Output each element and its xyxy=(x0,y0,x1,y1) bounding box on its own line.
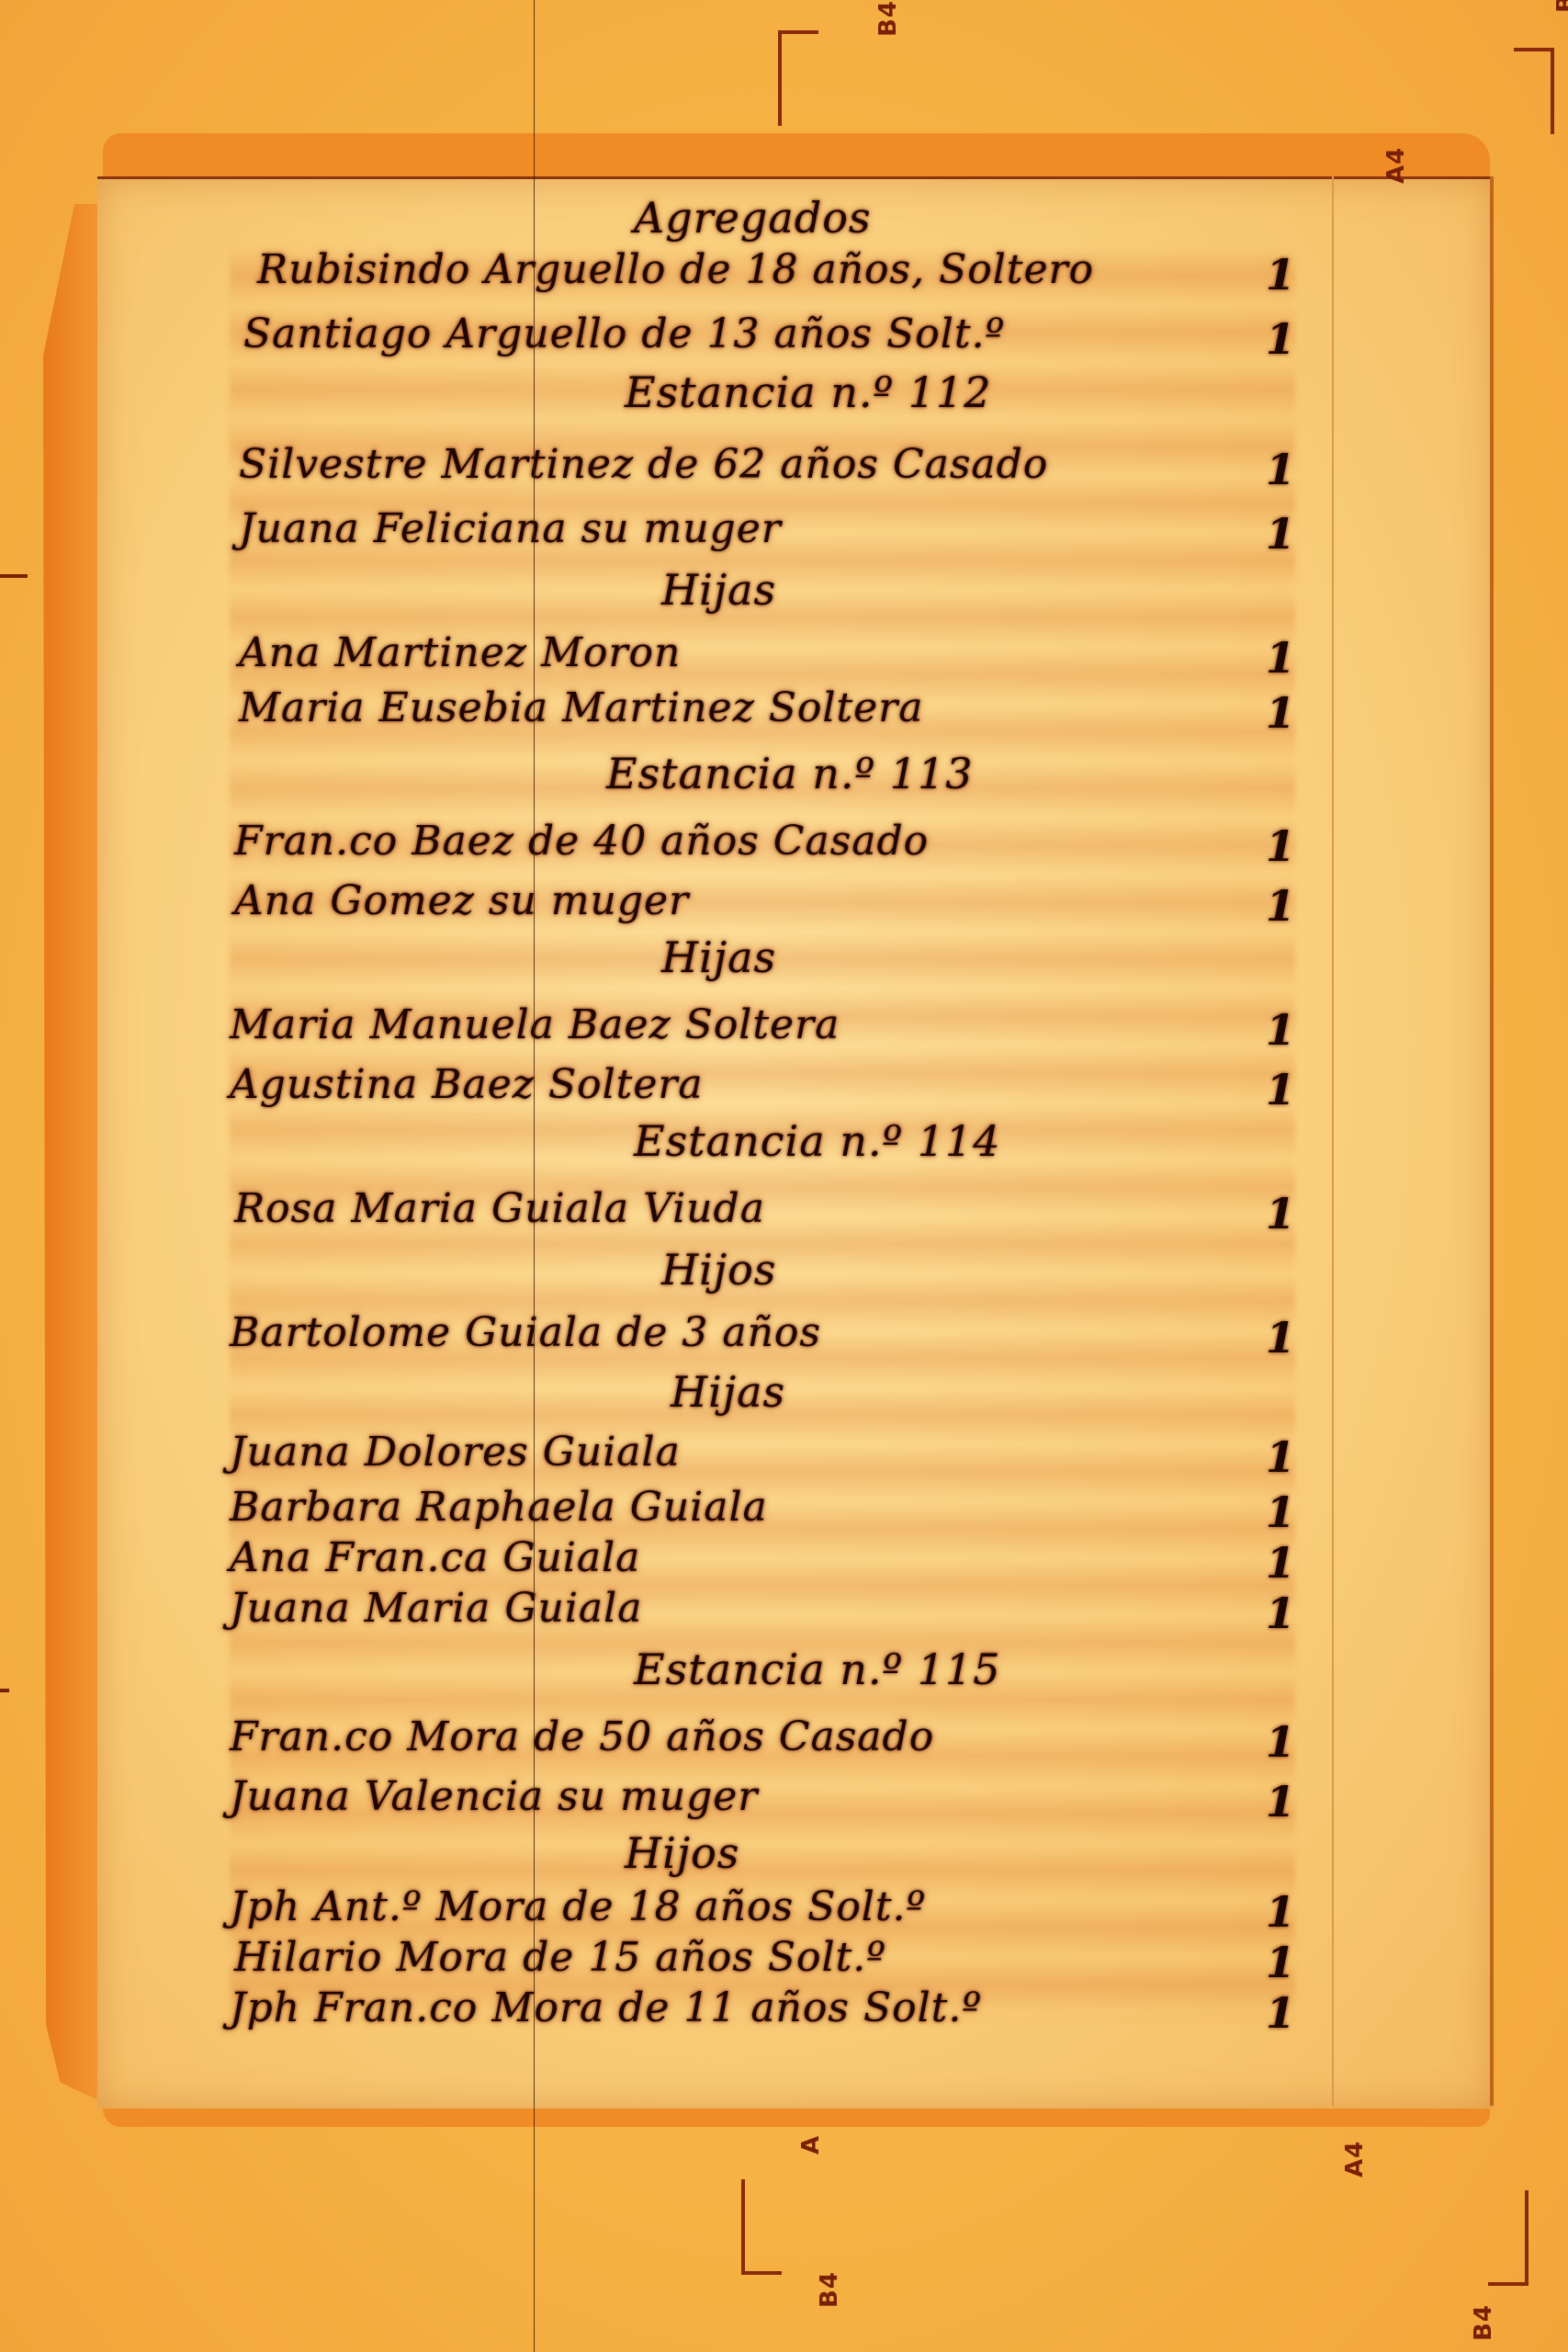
tally-mark: 1 xyxy=(1266,688,1295,738)
entry-text: Juana Dolores Guiala xyxy=(230,1429,681,1476)
heading-text: Hijos xyxy=(661,1245,776,1295)
crop-label-top-left: B4 xyxy=(874,0,902,37)
tally-mark: 1 xyxy=(1266,1005,1295,1055)
entry-text: Fran.co Mora de 50 años Casado xyxy=(230,1713,934,1760)
register-entry: Hilario Mora de 15 años Solt.º 1 xyxy=(230,1934,1295,1989)
register-entry: Juana Feliciana su muger 1 xyxy=(230,505,1295,560)
entry-text: Rubisindo Arguello de 18 años, Soltero xyxy=(257,246,1094,293)
tally-mark: 1 xyxy=(1266,1432,1295,1482)
tally-mark: 1 xyxy=(1266,1189,1295,1238)
heading-text: Estancia n.º 114 xyxy=(634,1116,1001,1166)
entry-text: Juana Valencia su muger xyxy=(230,1773,758,1820)
tally-mark: 1 xyxy=(1266,509,1295,559)
register-entry: Jph Fran.co Mora de 11 años Solt.º 1 xyxy=(230,1984,1295,2040)
entry-text: Jph Ant.º Mora de 18 años Solt.º xyxy=(230,1883,926,1930)
binding-strip xyxy=(43,204,100,2101)
register-entry: Silvestre Martinez de 62 años Casado 1 xyxy=(230,441,1295,496)
section-heading: Estancia n.º 113 xyxy=(230,749,1295,804)
tally-mark: 1 xyxy=(1266,1487,1295,1537)
entry-text: Rosa Maria Guiala Viuda xyxy=(234,1185,765,1232)
register-entry: Santiago Arguello de 13 años Solt.º 1 xyxy=(230,311,1295,366)
entry-text: Santiago Arguello de 13 años Solt.º xyxy=(243,311,1005,357)
section-heading: Hijos xyxy=(230,1828,1295,1883)
register-entry: Ana Gomez su muger 1 xyxy=(230,877,1295,933)
tally-mark: 1 xyxy=(1266,250,1295,300)
tally-mark: 1 xyxy=(1266,1777,1295,1826)
tally-mark: 1 xyxy=(1266,445,1295,494)
register-entry: Fran.co Baez de 40 años Casado 1 xyxy=(230,818,1295,873)
section-heading: Hijas xyxy=(230,565,1295,620)
entry-text: Juana Feliciana su muger xyxy=(239,505,782,552)
section-heading: Estancia n.º 115 xyxy=(230,1645,1295,1700)
register-entry: Jph Ant.º Mora de 18 años Solt.º 1 xyxy=(230,1883,1295,1939)
entry-text: Ana Gomez su muger xyxy=(234,877,689,924)
page-label-bottom-a: A xyxy=(797,2135,825,2154)
heading-text: Estancia n.º 115 xyxy=(634,1645,1001,1694)
register-entry: Barbara Raphaela Guiala 1 xyxy=(230,1484,1295,1539)
section-heading: Estancia n.º 114 xyxy=(230,1116,1295,1171)
tally-mark: 1 xyxy=(1266,1538,1295,1588)
page-label-top-a4: A4 xyxy=(1382,147,1410,184)
entry-text: Hilario Mora de 15 años Solt.º xyxy=(234,1934,886,1981)
entry-text: Barbara Raphaela Guiala xyxy=(230,1484,768,1531)
tally-mark: 1 xyxy=(1266,821,1295,871)
scanner-line-artifact xyxy=(534,0,535,2352)
entry-text: Silvestre Martinez de 62 años Casado xyxy=(239,441,1048,488)
heading-text: Agregados xyxy=(634,193,872,243)
register-entry: Maria Manuela Baez Soltera 1 xyxy=(230,1001,1295,1057)
entry-text: Fran.co Baez de 40 años Casado xyxy=(234,818,929,865)
crop-mark-bottom-right xyxy=(1488,2190,1529,2286)
register-entry: Maria Eusebia Martinez Soltera 1 xyxy=(230,684,1295,740)
register-entry: Rubisindo Arguello de 18 años, Soltero 1 xyxy=(230,246,1295,301)
heading-text: Hijas xyxy=(661,933,776,982)
page-label-bottom-a4: A4 xyxy=(1341,2141,1369,2177)
tally-mark: 1 xyxy=(1266,1065,1295,1114)
section-heading: Agregados xyxy=(230,193,1295,248)
heading-text: Estancia n.º 112 xyxy=(625,367,992,417)
register-entry: Agustina Baez Soltera 1 xyxy=(230,1061,1295,1116)
tally-mark: 1 xyxy=(1266,1988,1295,2038)
crop-label-bottom-left: B4 xyxy=(816,2271,843,2308)
register-entry: Fran.co Mora de 50 años Casado 1 xyxy=(230,1713,1295,1769)
entry-text: Juana Maria Guiala xyxy=(230,1585,642,1632)
edge-tick-left-lower xyxy=(0,1689,9,1692)
register-entry: Ana Martinez Moron 1 xyxy=(230,629,1295,684)
tally-mark: 1 xyxy=(1266,881,1295,931)
entry-text: Ana Martinez Moron xyxy=(239,629,681,676)
register-entry: Juana Maria Guiala 1 xyxy=(230,1585,1295,1640)
register-entry: Ana Fran.ca Guiala 1 xyxy=(230,1534,1295,1589)
section-heading: Hijos xyxy=(230,1245,1295,1300)
tally-mark: 1 xyxy=(1266,633,1295,683)
section-heading: Hijas xyxy=(230,1367,1295,1422)
page-fold-line xyxy=(1332,176,1334,2106)
tally-mark: 1 xyxy=(1266,1717,1295,1767)
tally-mark: 1 xyxy=(1266,314,1295,364)
heading-text: Hijos xyxy=(625,1828,739,1878)
entry-text: Ana Fran.ca Guiala xyxy=(230,1534,640,1581)
heading-text: Estancia n.º 113 xyxy=(606,749,974,798)
register-entry: Rosa Maria Guiala Viuda 1 xyxy=(230,1185,1295,1240)
entry-text: Agustina Baez Soltera xyxy=(230,1061,704,1108)
tally-mark: 1 xyxy=(1266,1887,1295,1937)
crop-label-bottom-right: B4 xyxy=(1470,2304,1497,2341)
register-entry: Bartolome Guiala de 3 años 1 xyxy=(230,1309,1295,1364)
section-heading: Estancia n.º 112 xyxy=(230,367,1295,423)
tally-mark: 1 xyxy=(1266,1589,1295,1638)
page-right-edge xyxy=(1490,176,1494,2106)
entry-text: Maria Eusebia Martinez Soltera xyxy=(239,684,923,731)
tally-mark: 1 xyxy=(1266,1938,1295,1987)
crop-mark-top-left xyxy=(778,30,818,126)
crop-mark-top-right xyxy=(1514,48,1554,134)
entry-text: Jph Fran.co Mora de 11 años Solt.º xyxy=(230,1984,982,2031)
entry-text: Maria Manuela Baez Soltera xyxy=(230,1001,840,1048)
tally-mark: 1 xyxy=(1266,1313,1295,1363)
crop-label-top-right: B xyxy=(1552,0,1568,13)
register-entry: Juana Valencia su muger 1 xyxy=(230,1773,1295,1828)
heading-text: Hijas xyxy=(661,565,776,615)
heading-text: Hijas xyxy=(671,1367,785,1417)
entry-text: Bartolome Guiala de 3 años xyxy=(230,1309,821,1356)
crop-mark-bottom-left xyxy=(741,2179,782,2275)
section-heading: Hijas xyxy=(230,933,1295,988)
edge-tick-left xyxy=(0,574,28,578)
register-entry: Juana Dolores Guiala 1 xyxy=(230,1429,1295,1484)
